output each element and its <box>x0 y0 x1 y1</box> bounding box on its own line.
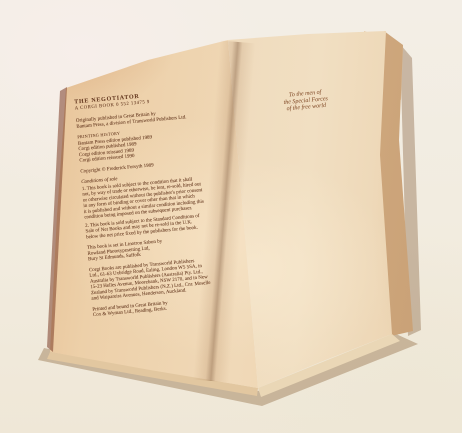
copyright-page-text: THE NEGOTIATOR A CORGI BOOK 0 552 13475 … <box>74 85 258 323</box>
book-photo-scene: THE NEGOTIATOR A CORGI BOOK 0 552 13475 … <box>0 0 462 433</box>
